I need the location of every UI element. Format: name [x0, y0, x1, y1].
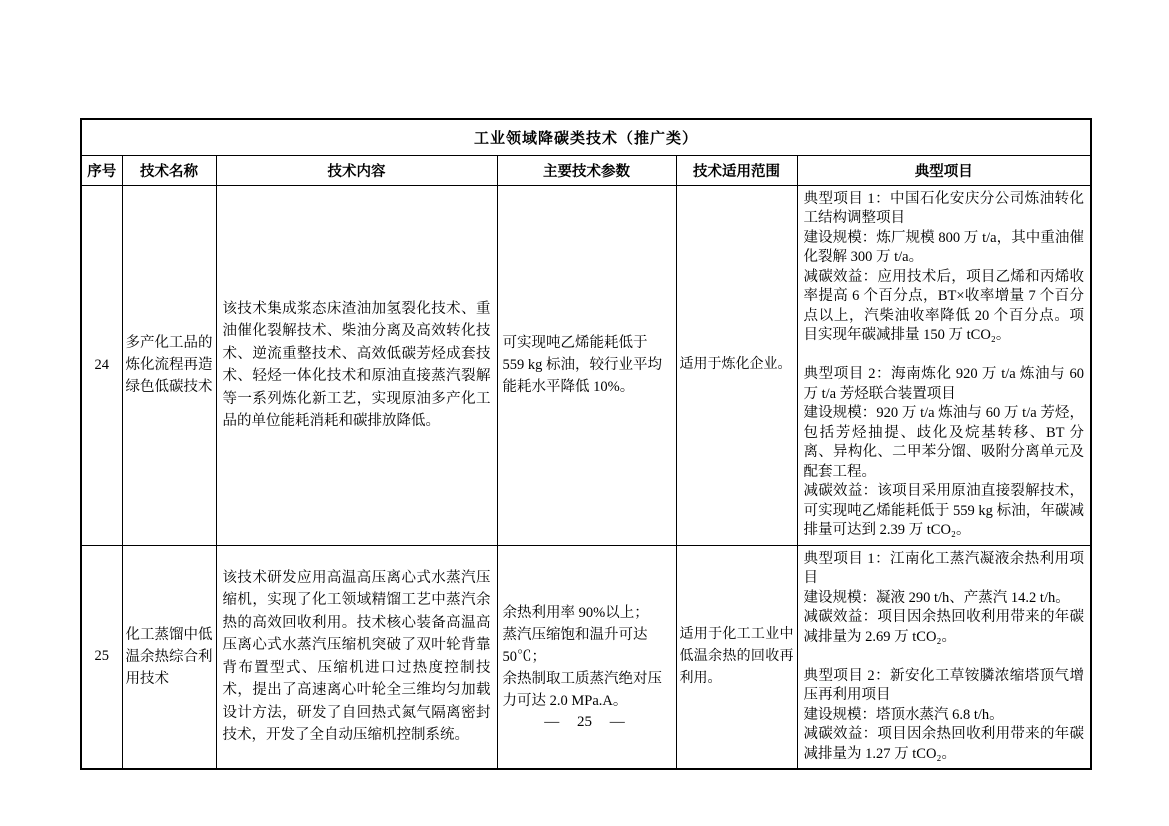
page-number: — 25 — [0, 714, 1169, 731]
header-typical-projects: 典型项目 [797, 155, 1091, 185]
cell-tech-name: 化工蒸馏中低温余热综合利用技术 [122, 545, 216, 769]
table-title-row: 工业领域降碳类技术（推广类） [81, 119, 1091, 155]
header-tech-name: 技术名称 [122, 155, 216, 185]
table-row-25: 25 化工蒸馏中低温余热综合利用技术 该技术研发应用高温高压离心式水蒸汽压缩机，… [81, 545, 1091, 769]
header-tech-scope: 技术适用范围 [676, 155, 797, 185]
cell-tech-name: 多产化工品的炼化流程再造绿色低碳技术 [122, 185, 216, 545]
cell-tech-params: 余热利用率 90%以上； 蒸汽压缩饱和温升可达 50℃； 余热制取工质蒸汽绝对压… [497, 545, 676, 769]
header-tech-content: 技术内容 [216, 155, 497, 185]
tech-table: 工业领域降碳类技术（推广类） 序号 技术名称 技术内容 主要技术参数 技术适用范… [80, 118, 1092, 770]
table-title: 工业领域降碳类技术（推广类） [81, 119, 1091, 155]
cell-tech-scope: 适用于化工工业中低温余热的回收再利用。 [676, 545, 797, 769]
cell-typical-projects: 典型项目 1：中国石化安庆分公司炼油转化工结构调整项目 建设规模：炼厂规模 80… [797, 185, 1091, 545]
table-row-24: 24 多产化工品的炼化流程再造绿色低碳技术 该技术集成浆态床渣油加氢裂化技术、重… [81, 185, 1091, 545]
cell-tech-content: 该技术集成浆态床渣油加氢裂化技术、重油催化裂解技术、柴油分离及高效转化技术、逆流… [216, 185, 497, 545]
cell-typical-projects: 典型项目 1：江南化工蒸汽凝液余热利用项目 建设规模：凝液 290 t/h、产蒸… [797, 545, 1091, 769]
header-tech-params: 主要技术参数 [497, 155, 676, 185]
document-page: 工业领域降碳类技术（推广类） 序号 技术名称 技术内容 主要技术参数 技术适用范… [0, 0, 1169, 826]
cell-tech-content: 该技术研发应用高温高压离心式水蒸汽压缩机，实现了化工领域精馏工艺中蒸汽余热的高效… [216, 545, 497, 769]
cell-tech-scope: 适用于炼化企业。 [676, 185, 797, 545]
header-seq: 序号 [81, 155, 122, 185]
cell-tech-params: 可实现吨乙烯能耗低于 559 kg 标油，较行业平均能耗水平降低 10%。 [497, 185, 676, 545]
table-header-row: 序号 技术名称 技术内容 主要技术参数 技术适用范围 典型项目 [81, 155, 1091, 185]
cell-seq: 25 [81, 545, 122, 769]
cell-seq: 24 [81, 185, 122, 545]
